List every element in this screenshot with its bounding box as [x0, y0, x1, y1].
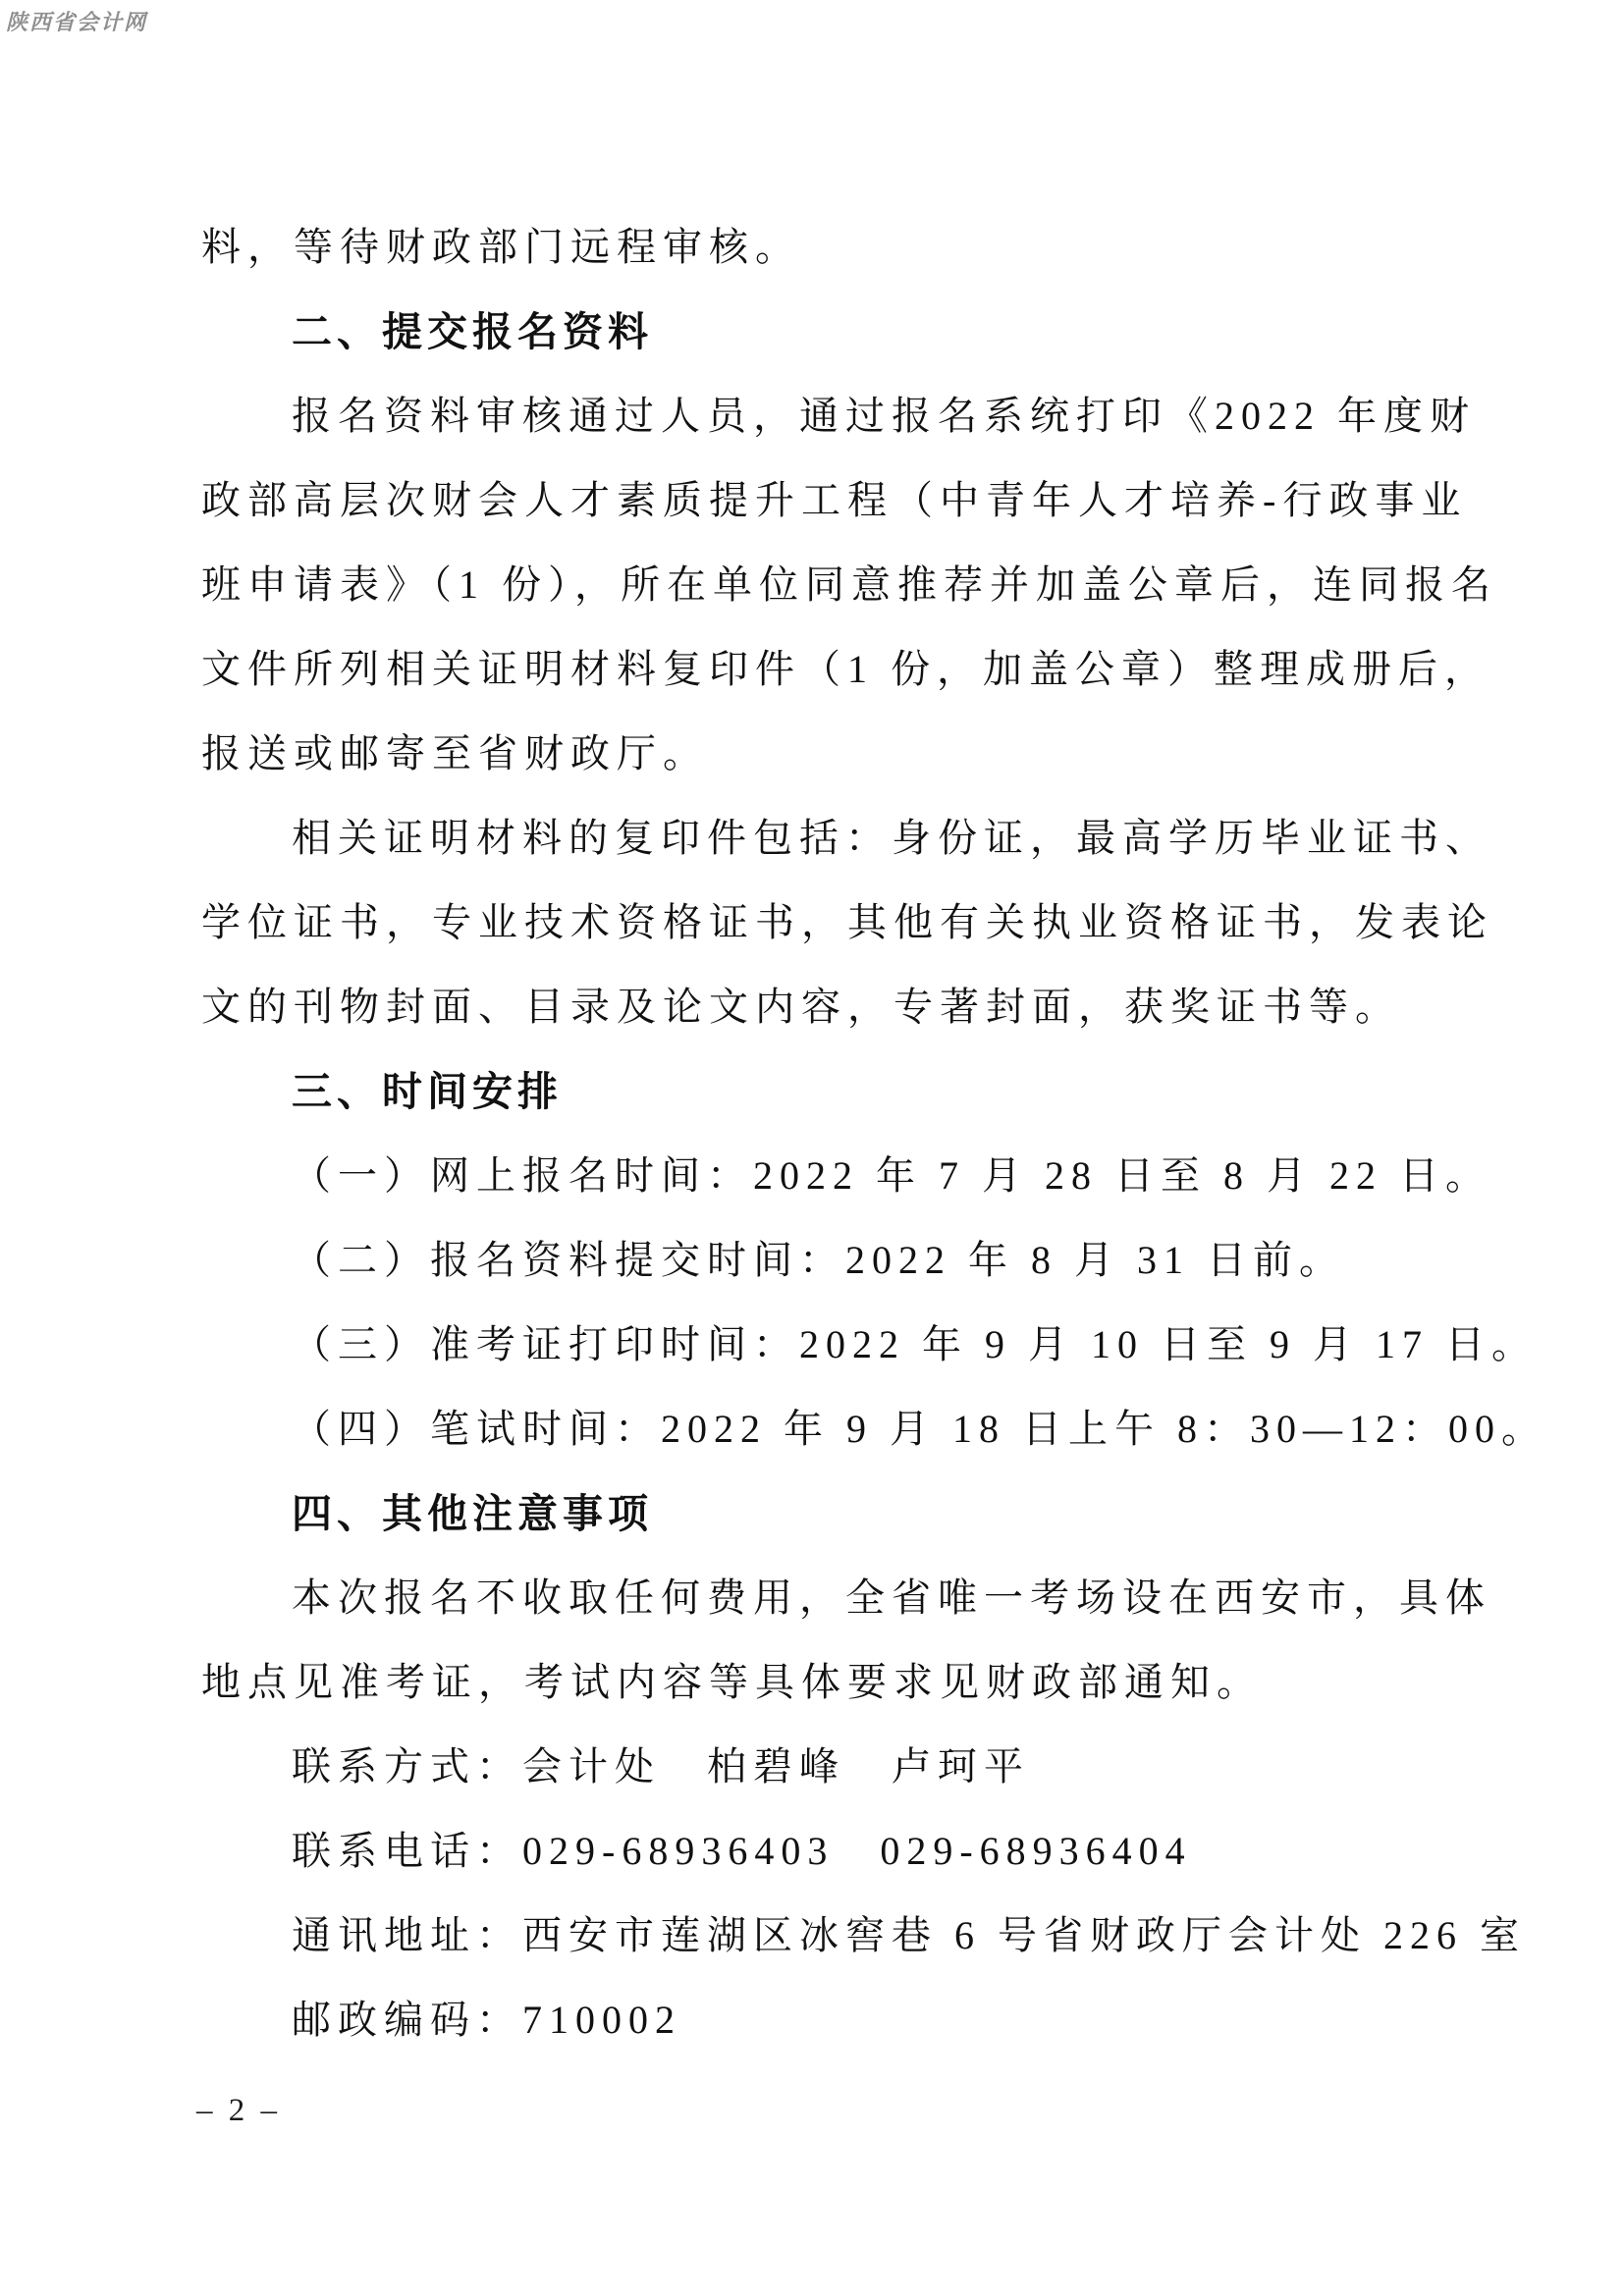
contact-line: 通讯地址：西安市莲湖区冰窖巷 6 号省财政厅会计处 226 室: [201, 1894, 1497, 1978]
section-heading: 三、时间安排: [201, 1049, 1497, 1134]
text-line: 文件所列相关证明材料复印件（1 份，加盖公章）整理成册后，: [201, 627, 1497, 712]
text-line: 料，等待财政部门远程审核。: [201, 205, 1497, 290]
text-line: 学位证书，专业技术资格证书，其他有关执业资格证书，发表论: [201, 881, 1497, 965]
page-number: – 2 –: [196, 2089, 281, 2132]
site-watermark: 陕西省会计网: [6, 6, 147, 36]
text-line: （一）网上报名时间：2022 年 7 月 28 日至 8 月 22 日。: [201, 1134, 1497, 1218]
contact-line: 邮政编码：710002: [201, 1978, 1497, 2062]
text-line: 政部高层次财会人才素质提升工程（中青年人才培养-行政事业: [201, 458, 1497, 543]
text-line: 文的刊物封面、目录及论文内容，专著封面，获奖证书等。: [201, 965, 1497, 1049]
text-line: 地点见准考证，考试内容等具体要求见财政部通知。: [201, 1640, 1497, 1725]
text-line: （四）笔试时间：2022 年 9 月 18 日上午 8：30—12：00。: [201, 1387, 1497, 1471]
section-heading: 四、其他注意事项: [201, 1471, 1497, 1556]
section-heading: 二、提交报名资料: [201, 290, 1497, 374]
text-line: 报送或邮寄至省财政厅。: [201, 712, 1497, 796]
contact-line: 联系电话：029-68936403 029-68936404: [201, 1809, 1497, 1894]
document-page: 陕西省会计网 料，等待财政部门远程审核。 二、提交报名资料 报名资料审核通过人员…: [0, 0, 1624, 2296]
contact-line: 联系方式：会计处 柏碧峰 卢珂平: [201, 1725, 1497, 1809]
document-body: 料，等待财政部门远程审核。 二、提交报名资料 报名资料审核通过人员，通过报名系统…: [201, 205, 1497, 2062]
text-line: 报名资料审核通过人员，通过报名系统打印《2022 年度财: [201, 374, 1497, 458]
text-line: 本次报名不收取任何费用，全省唯一考场设在西安市，具体: [201, 1556, 1497, 1640]
text-line: （三）准考证打印时间：2022 年 9 月 10 日至 9 月 17 日。: [201, 1303, 1497, 1387]
text-line: （二）报名资料提交时间：2022 年 8 月 31 日前。: [201, 1218, 1497, 1303]
text-line: 相关证明材料的复印件包括：身份证，最高学历毕业证书、: [201, 796, 1497, 881]
text-line: 班申请表》（1 份），所在单位同意推荐并加盖公章后，连同报名: [201, 543, 1497, 627]
